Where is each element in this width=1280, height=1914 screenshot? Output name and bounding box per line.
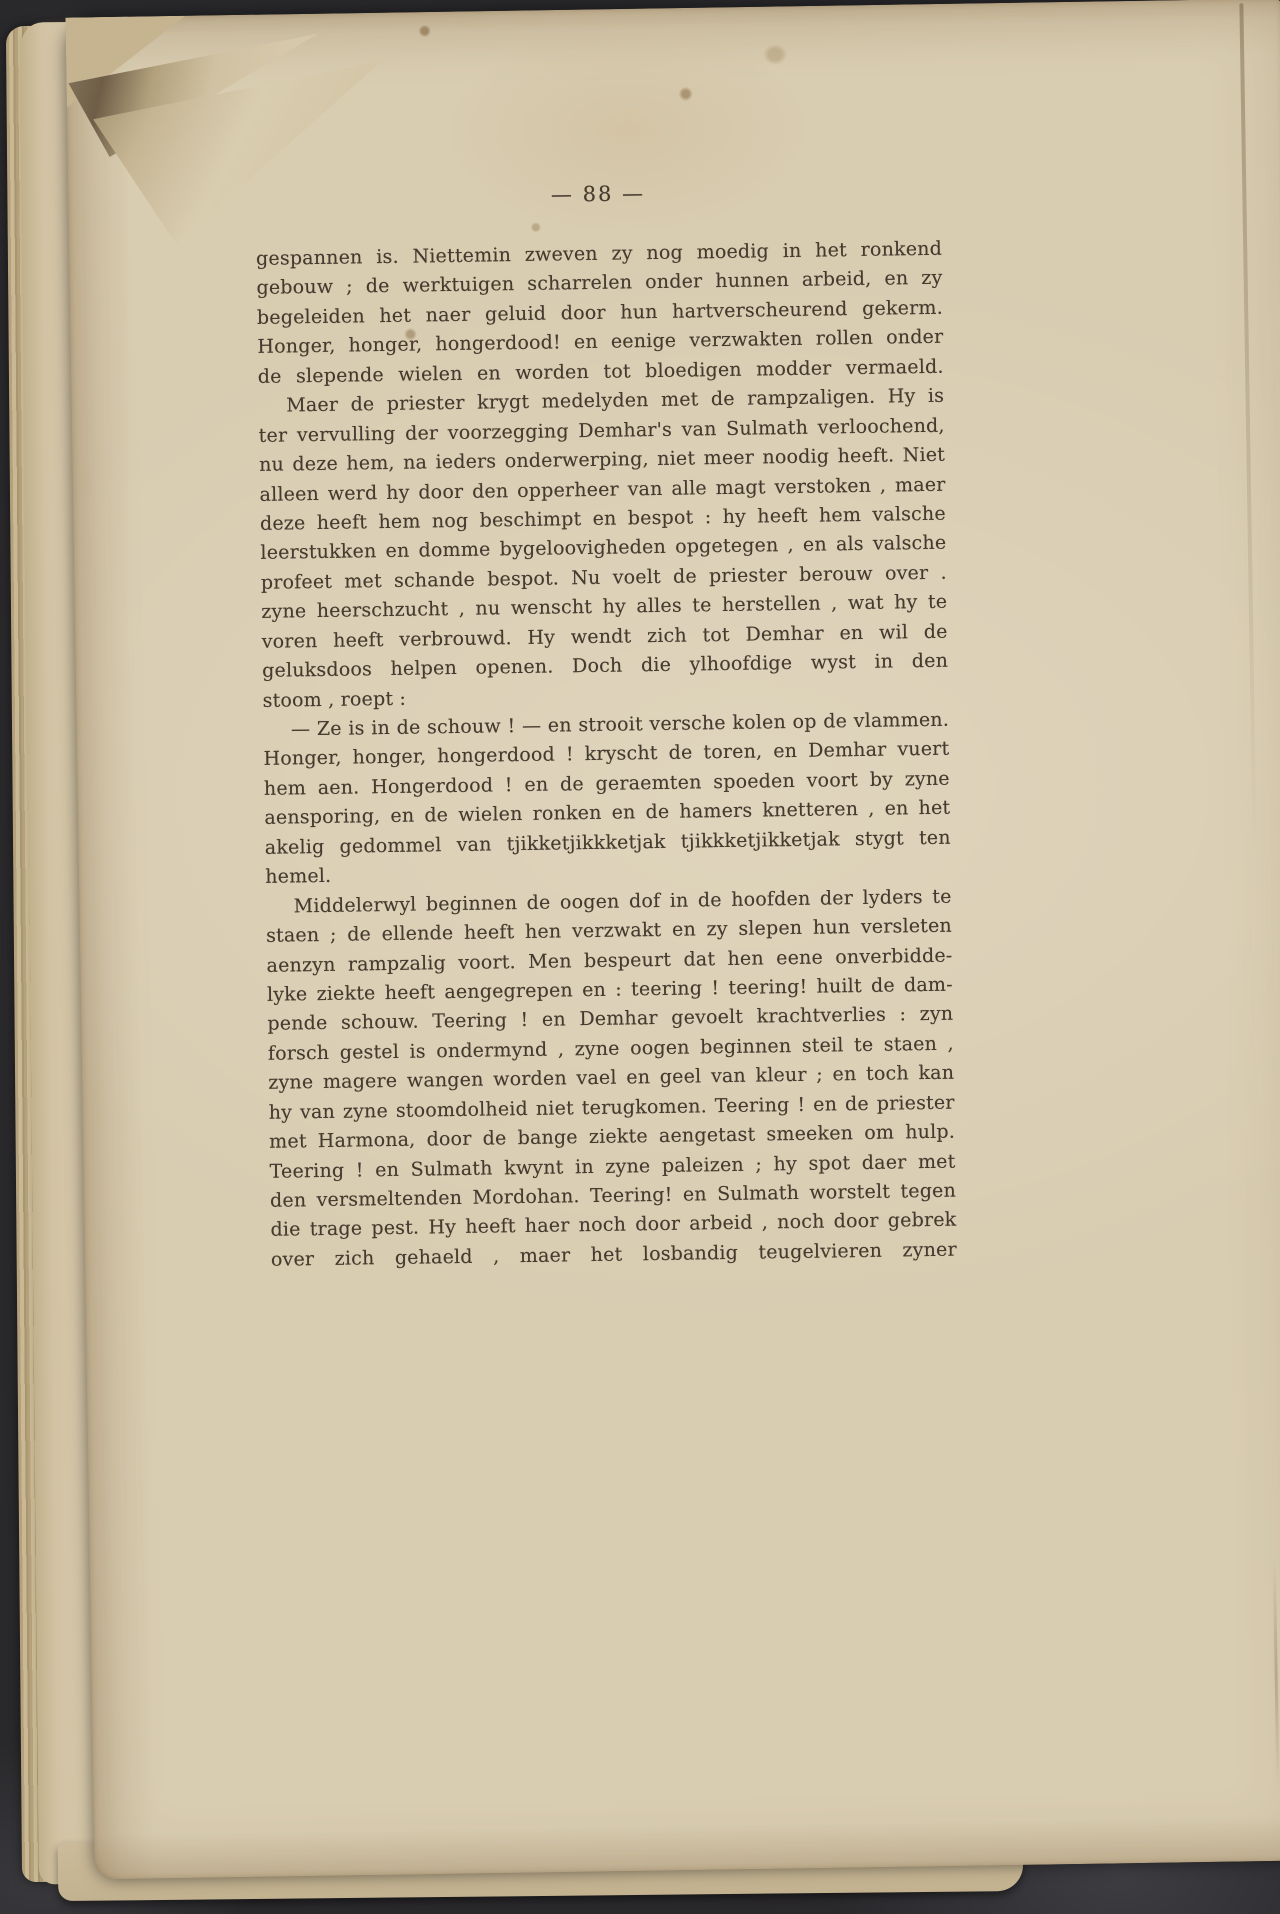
page-crease [1239, 3, 1257, 863]
page-text: gespannenis.Nietteminzwevenzynogmoedigin… [256, 235, 957, 1275]
scanned-book-photo: { "scan": { "background_color": "#29282b… [0, 0, 1280, 1914]
page-number: — 88 — [528, 181, 668, 207]
page-crease-lower [1273, 1559, 1280, 1789]
